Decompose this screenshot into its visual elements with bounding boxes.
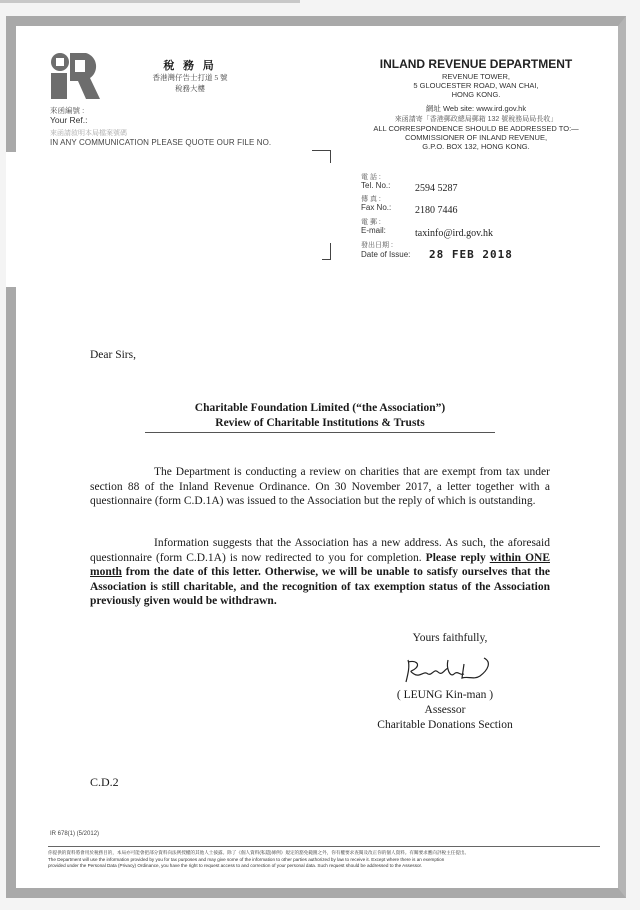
department-title: INLAND REVENUE DEPARTMENT	[360, 57, 592, 71]
ird-logo-icon	[50, 53, 100, 99]
cn-address-line: 稅務大樓	[120, 83, 260, 94]
subject-heading: Charitable Foundation Limited (“the Asso…	[140, 401, 500, 431]
email-value: taxinfo@ird.gov.hk	[415, 228, 493, 239]
privacy-notice-en: provided under the Personal Data (Privac…	[48, 863, 608, 869]
address-line: HONG KONG.	[360, 90, 592, 99]
privacy-notice-cn: 你提供的資料將會用於稅務目的，本局亦可能會把部分資料向法例授權的其他人士披露。除…	[48, 850, 608, 856]
address-window-bracket	[322, 243, 331, 260]
signer-name: ( LEUNG Kin-man )	[360, 689, 530, 701]
signer-section: Charitable Donations Section	[360, 719, 530, 731]
cn-department-title: 稅 務 局	[130, 57, 250, 73]
signature-icon	[398, 656, 498, 688]
paragraph-text: The Department is conducting a review on…	[90, 466, 550, 507]
correspondence-line: ALL CORRESPONDENCE SHOULD BE ADDRESSED T…	[360, 124, 592, 133]
date-of-issue-stamp: 28 FEB 2018	[429, 248, 513, 261]
date-label: Date of Issue:	[361, 250, 410, 259]
address-window-bracket	[312, 150, 331, 163]
fax-value: 2180 7446	[415, 205, 458, 216]
form-number: IR 678(1) (5/2012)	[50, 831, 99, 837]
document-code: C.D.2	[90, 775, 119, 790]
subject-underline	[145, 432, 495, 433]
website: 網址 Web site: www.ird.gov.hk	[360, 103, 592, 114]
salutation: Dear Sirs,	[90, 349, 136, 361]
closing: Yours faithfully,	[380, 632, 520, 644]
quote-file-notice: IN ANY COMMUNICATION PLEASE QUOTE OUR FI…	[50, 138, 271, 147]
email-label: E-mail:	[361, 226, 386, 235]
address-line: REVENUE TOWER,	[360, 72, 592, 81]
subject-line: Review of Charitable Institutions & Trus…	[140, 416, 500, 431]
correspondence-line: COMMISSIONER OF INLAND REVENUE,	[360, 133, 592, 142]
bold-text: from the date of this letter. Otherwise,…	[90, 566, 550, 607]
scan-gap	[6, 152, 16, 287]
signer-title: Assessor	[360, 704, 530, 716]
paragraph-2: Information suggests that the Associatio…	[90, 536, 550, 609]
cn-mail-note: 來函請寄「香港郵政總局郵箱 132 號稅務局局長收」	[360, 114, 592, 124]
fax-label: Fax No.:	[361, 203, 391, 212]
quote-file-cn: 來函請敘明本局檔案號碼	[50, 128, 127, 138]
paragraph-1: The Department is conducting a review on…	[90, 465, 550, 509]
subject-line: Charitable Foundation Limited (“the Asso…	[140, 401, 500, 416]
correspondence-line: G.P.O. BOX 132, HONG KONG.	[360, 142, 592, 151]
your-ref-label: Your Ref.:	[50, 115, 88, 125]
footer-rule	[48, 846, 600, 847]
tel-value: 2594 5287	[415, 183, 458, 194]
cn-address-line: 香港灣仔告士打道 5 號	[120, 72, 260, 83]
date-label-cn: 發出日期 :	[361, 240, 393, 250]
bold-text: Please reply	[426, 552, 490, 564]
tel-label: Tel. No.:	[361, 181, 390, 190]
address-line: 5 GLOUCESTER ROAD, WAN CHAI,	[360, 81, 592, 90]
scan-edge	[0, 0, 300, 3]
